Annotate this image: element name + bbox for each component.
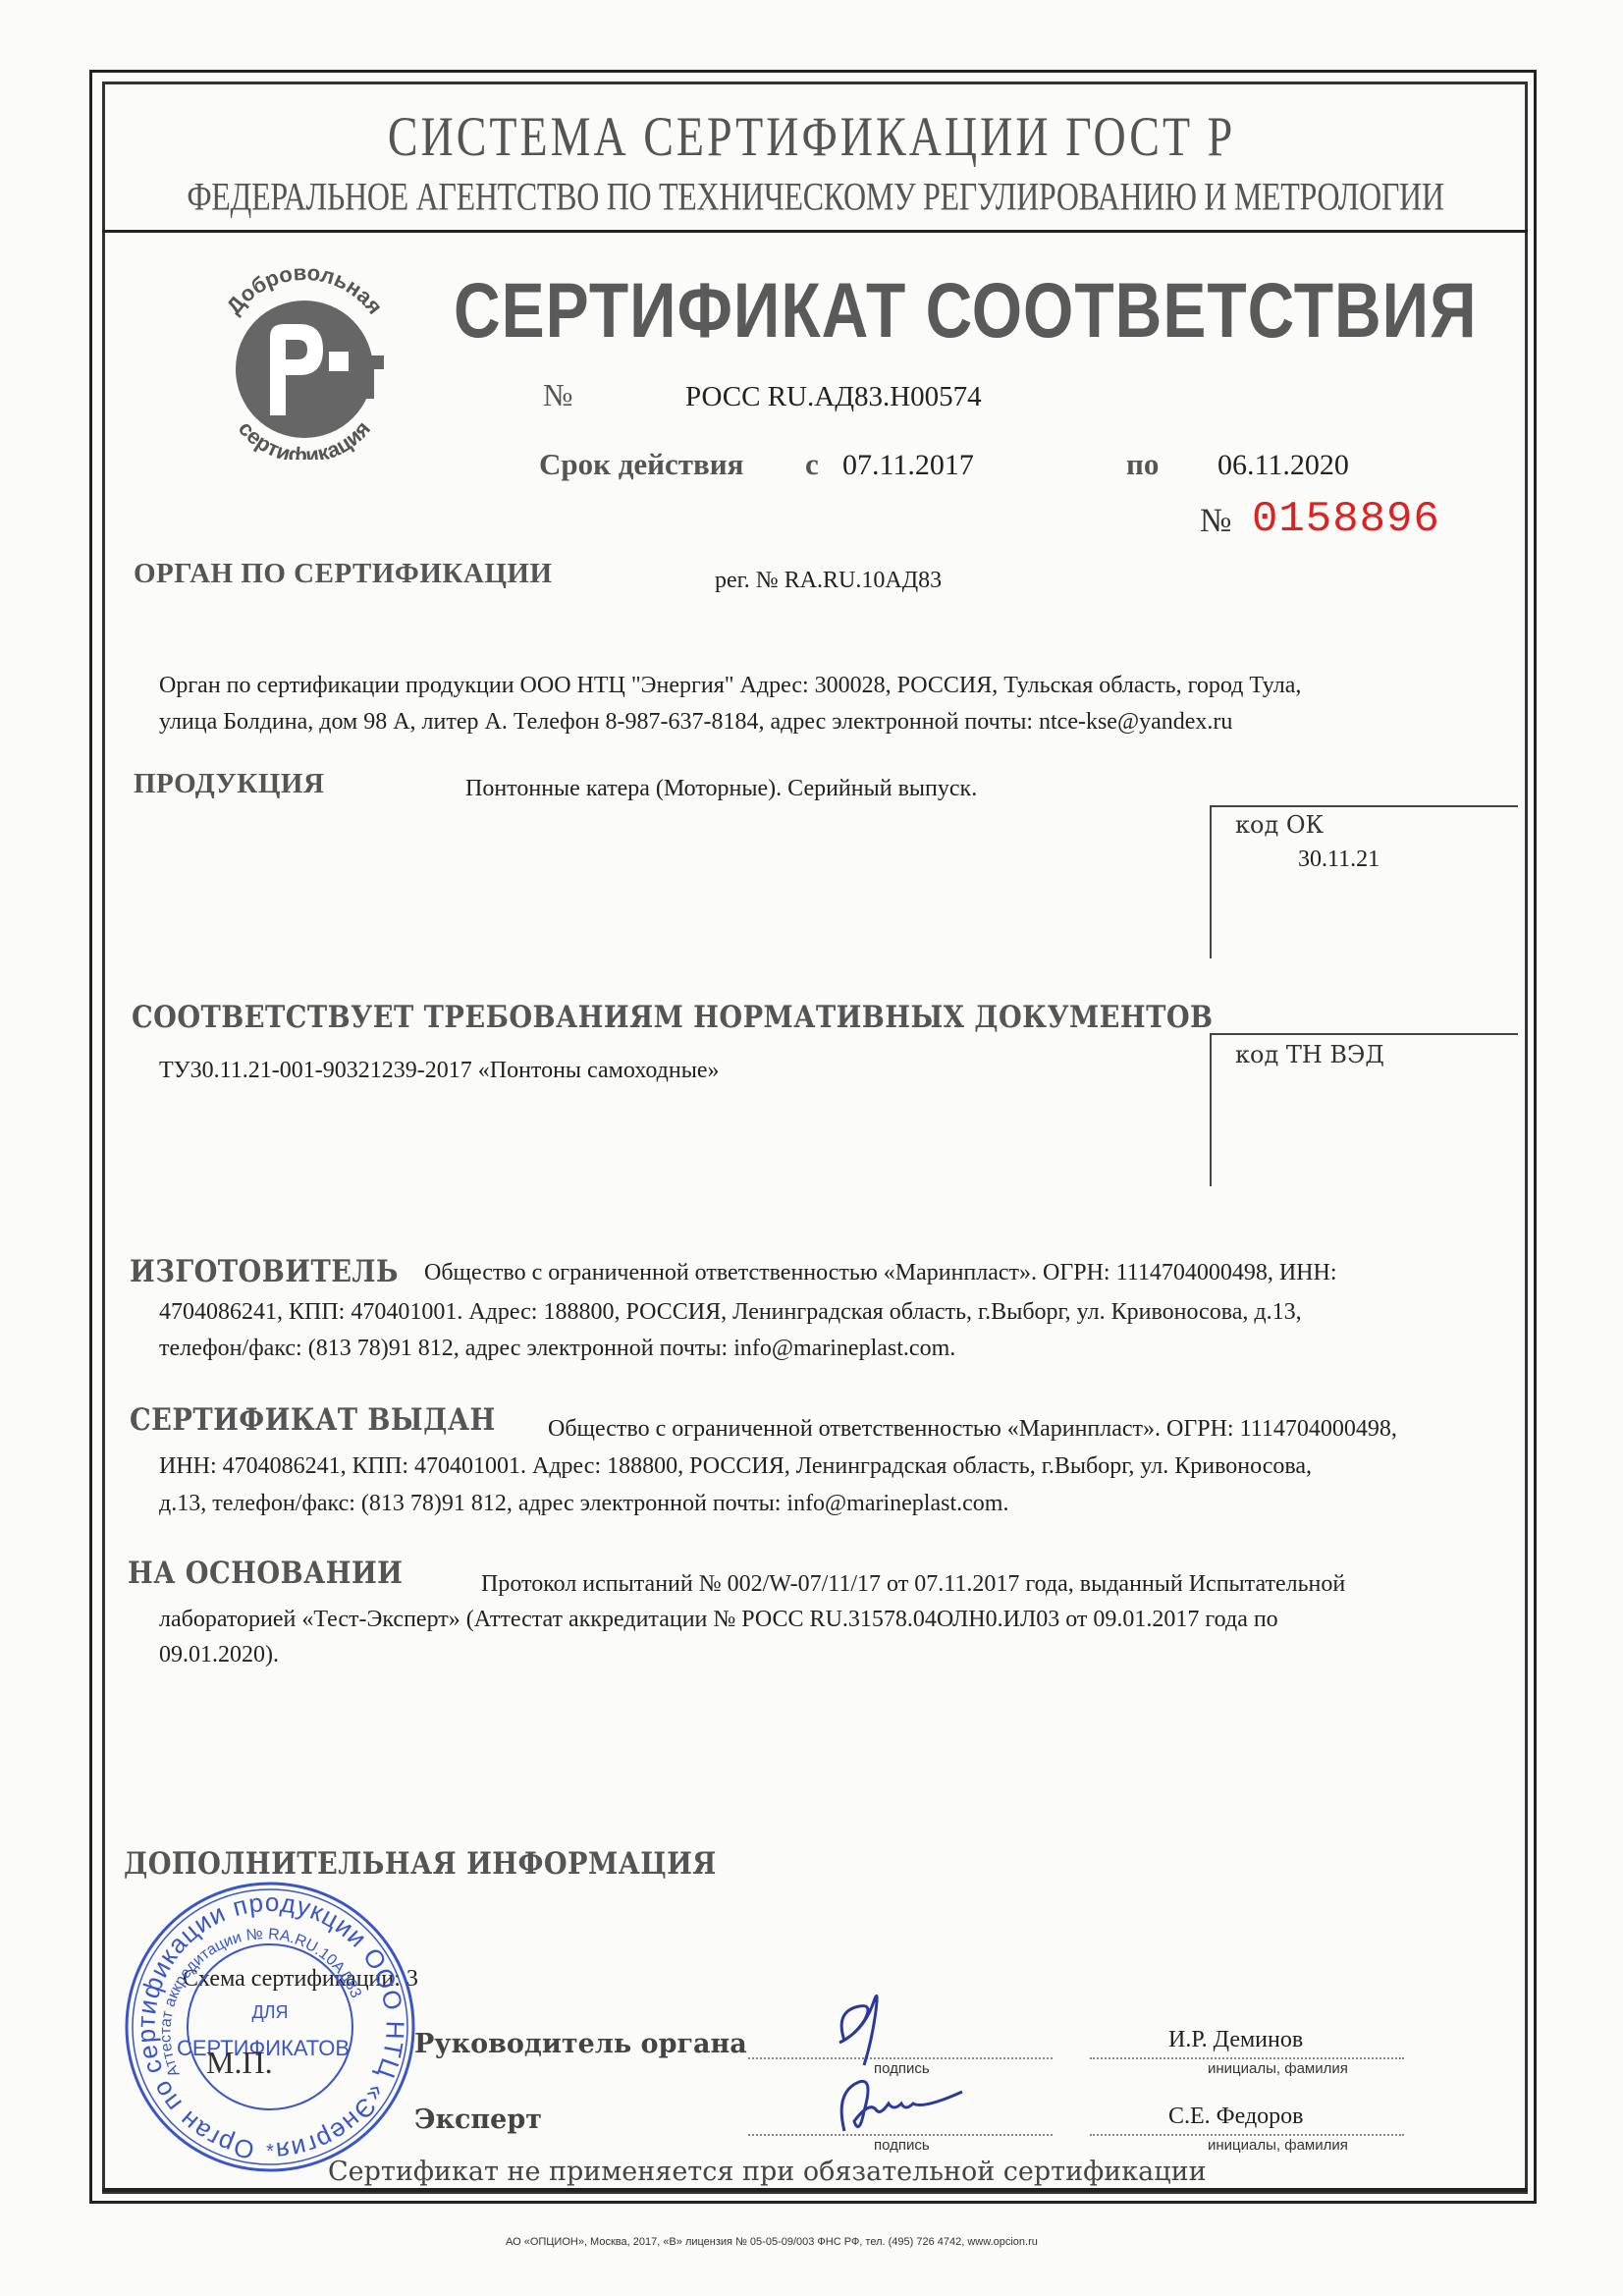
certification-body-stamp-icon: Орган по сертификации продукции ООО НТЦ … <box>121 1878 420 2177</box>
svg-text:*: * <box>266 2141 274 2162</box>
product-heading: ПРОДУКЦИЯ <box>134 768 324 800</box>
bottom-divider <box>102 2188 1528 2192</box>
issued-to-line-2: ИНН: 4704086241, КПП: 470401001. Адрес: … <box>159 1453 1312 1480</box>
system-title: СИСТЕМА СЕРТИФИКАЦИИ ГОСТ Р <box>0 103 1623 168</box>
head-name-caption: инициалы, фамилия <box>1208 2060 1348 2077</box>
valid-from-date: 07.11.2017 <box>842 449 974 482</box>
valid-to-label: по <box>1126 447 1159 482</box>
head-signature-icon <box>805 1982 923 2070</box>
certification-body-line-2: улица Болдина, дом 98 А, литер А. Телефо… <box>159 709 1232 736</box>
basis-line-2: лабораторией «Тест-Эксперт» (Аттестат ак… <box>159 1607 1278 1633</box>
compliance-heading: СООТВЕТСТВУЕТ ТРЕБОВАНИЯМ НОРМАТИВНЫХ ДО… <box>132 1000 1214 1035</box>
certificate-title: СЕРТИФИКАТ СООТВЕТСТВИЯ <box>454 265 1478 355</box>
expert-label: Эксперт <box>414 2105 542 2135</box>
certification-body-reg-number: рег. № RA.RU.10АД83 <box>715 568 942 594</box>
manufacturer-heading: ИЗГОТОВИТЕЛЬ <box>130 1254 399 1289</box>
issued-to-heading: СЕРТИФИКАТ ВЫДАН <box>130 1402 496 1438</box>
head-name: И.Р. Деминов <box>1168 2027 1303 2053</box>
header-divider <box>102 230 1528 233</box>
ok-code-label: код ОК <box>1235 811 1324 839</box>
agency-name: ФЕДЕРАЛЬНОЕ АГЕНТСТВО ПО ТЕХНИЧЕСКОМУ РЕ… <box>106 174 1525 219</box>
certification-body-heading: ОРГАН ПО СЕРТИФИКАЦИИ <box>134 558 553 590</box>
number-label: № <box>543 377 573 413</box>
manufacturer-line-2: 4704086241, КПП: 470401001. Адрес: 18880… <box>159 1299 1302 1326</box>
voluntary-notice: Сертификат не применяется при обязательн… <box>328 2157 1207 2187</box>
additional-info-heading: ДОПОЛНИТЕЛЬНАЯ ИНФОРМАЦИЯ <box>124 1846 717 1882</box>
blank-serial-number: 0158896 <box>1252 495 1440 544</box>
expert-name-caption: инициалы, фамилия <box>1208 2137 1348 2154</box>
compliance-document: ТУ30.11.21-001-90321239-2017 «Понтоны са… <box>159 1058 719 1084</box>
expert-name: С.Е. Федоров <box>1168 2104 1304 2130</box>
printer-footer: АО «ОПЦИОН», Москва, 2017, «В» лицензия … <box>506 2236 1038 2248</box>
basis-heading: НА ОСНОВАНИИ <box>128 1556 403 1591</box>
expert-name-line <box>1090 2134 1404 2136</box>
stamp-place-label: М.П. <box>206 2045 273 2081</box>
basis-line-1: Протокол испытаний № 002/W-07/11/17 от 0… <box>481 1571 1345 1598</box>
certificate-number: РОСС RU.АД83.Н00574 <box>685 381 982 413</box>
validity-label: Срок действия <box>539 447 743 482</box>
product-description: Понтонные катера (Моторные). Серийный вы… <box>465 776 977 802</box>
blank-number-label: № <box>1200 503 1231 540</box>
basis-line-3: 09.01.2020). <box>159 1642 279 1668</box>
valid-from-label: с <box>805 447 819 482</box>
issued-to-line-1: Общество с ограниченной ответственностью… <box>548 1416 1397 1443</box>
ok-code-value: 30.11.21 <box>1298 847 1380 873</box>
tnved-code-label: код ТН ВЭД <box>1235 1041 1384 1068</box>
rst-voluntary-certification-logo-icon: Добровольная сертификация <box>201 253 407 460</box>
valid-to-date: 06.11.2020 <box>1217 449 1349 482</box>
expert-signature-caption: подпись <box>874 2137 930 2154</box>
certification-body-line-1: Орган по сертификации продукции ООО НТЦ … <box>159 673 1301 699</box>
issued-to-line-3: д.13, телефон/факс: (813 78)91 812, адре… <box>159 1491 1008 1517</box>
manufacturer-line-1: Общество с ограниченной ответственностью… <box>424 1260 1336 1286</box>
svg-text:ДЛЯ: ДЛЯ <box>251 2002 288 2022</box>
head-of-body-label: Руководитель органа <box>414 2029 747 2059</box>
manufacturer-line-3: телефон/факс: (813 78)91 812, адрес элек… <box>159 1336 955 1362</box>
head-name-line <box>1090 2057 1404 2059</box>
